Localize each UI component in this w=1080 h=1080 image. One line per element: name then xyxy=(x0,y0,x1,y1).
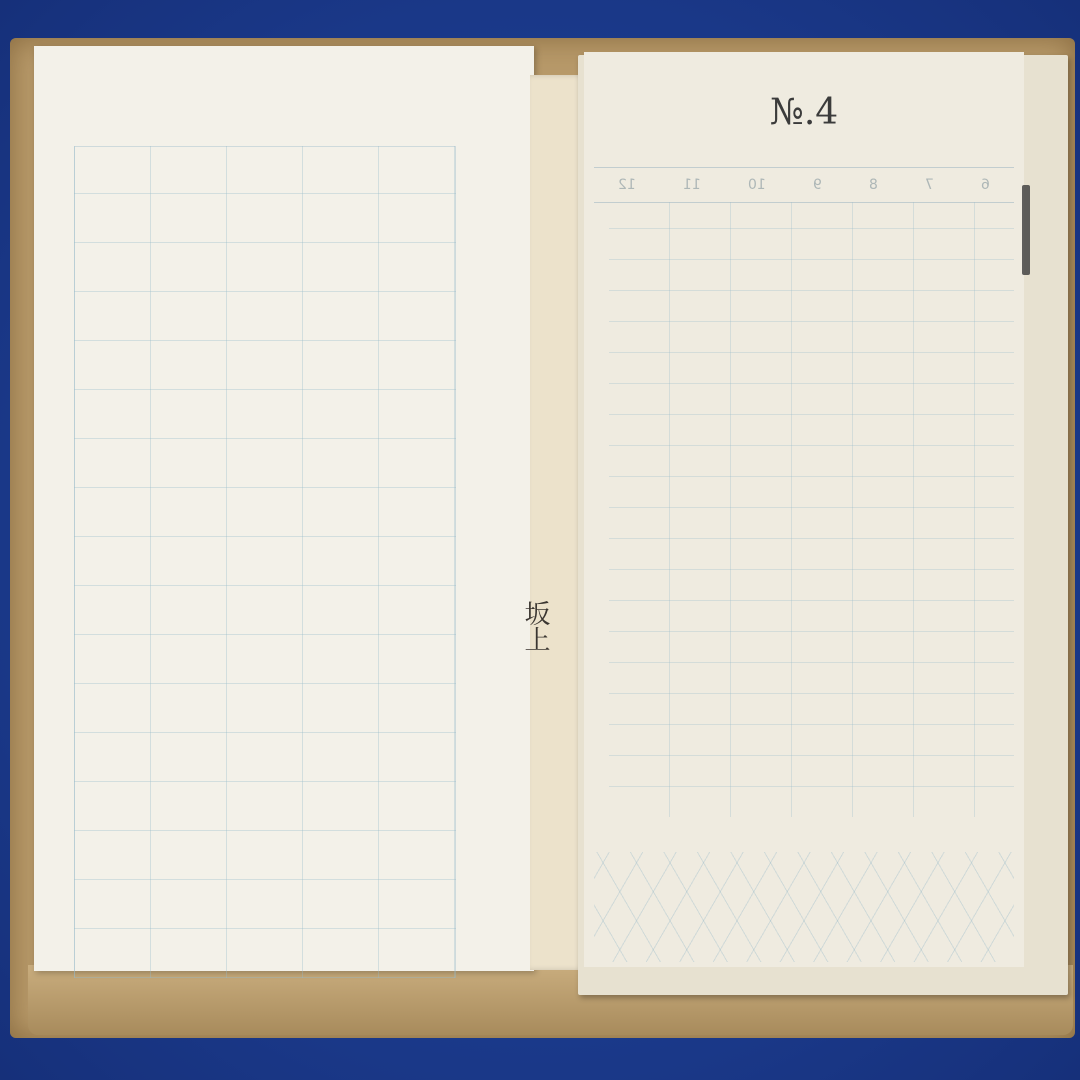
column-header: 11 xyxy=(683,177,701,193)
column-header-row: 12 11 10 9 8 7 6 xyxy=(594,167,1014,203)
page-number-title: №.4 xyxy=(584,92,1024,133)
binding-clip xyxy=(1022,185,1030,275)
column-header: 9 xyxy=(813,177,822,193)
left-page-grid xyxy=(74,146,456,978)
right-page-grid xyxy=(609,202,1014,817)
column-header: 8 xyxy=(869,177,878,193)
notebook-spine xyxy=(530,75,585,970)
column-header: 12 xyxy=(618,177,636,193)
column-header: 7 xyxy=(925,177,934,193)
column-header: 6 xyxy=(981,177,990,193)
right-page: №.4 12 11 10 9 8 7 6 xyxy=(584,52,1024,967)
column-header: 10 xyxy=(748,177,766,193)
lattice-pattern xyxy=(594,852,1014,962)
spine-label: 坂上 xyxy=(527,600,557,652)
left-page xyxy=(34,46,534,971)
